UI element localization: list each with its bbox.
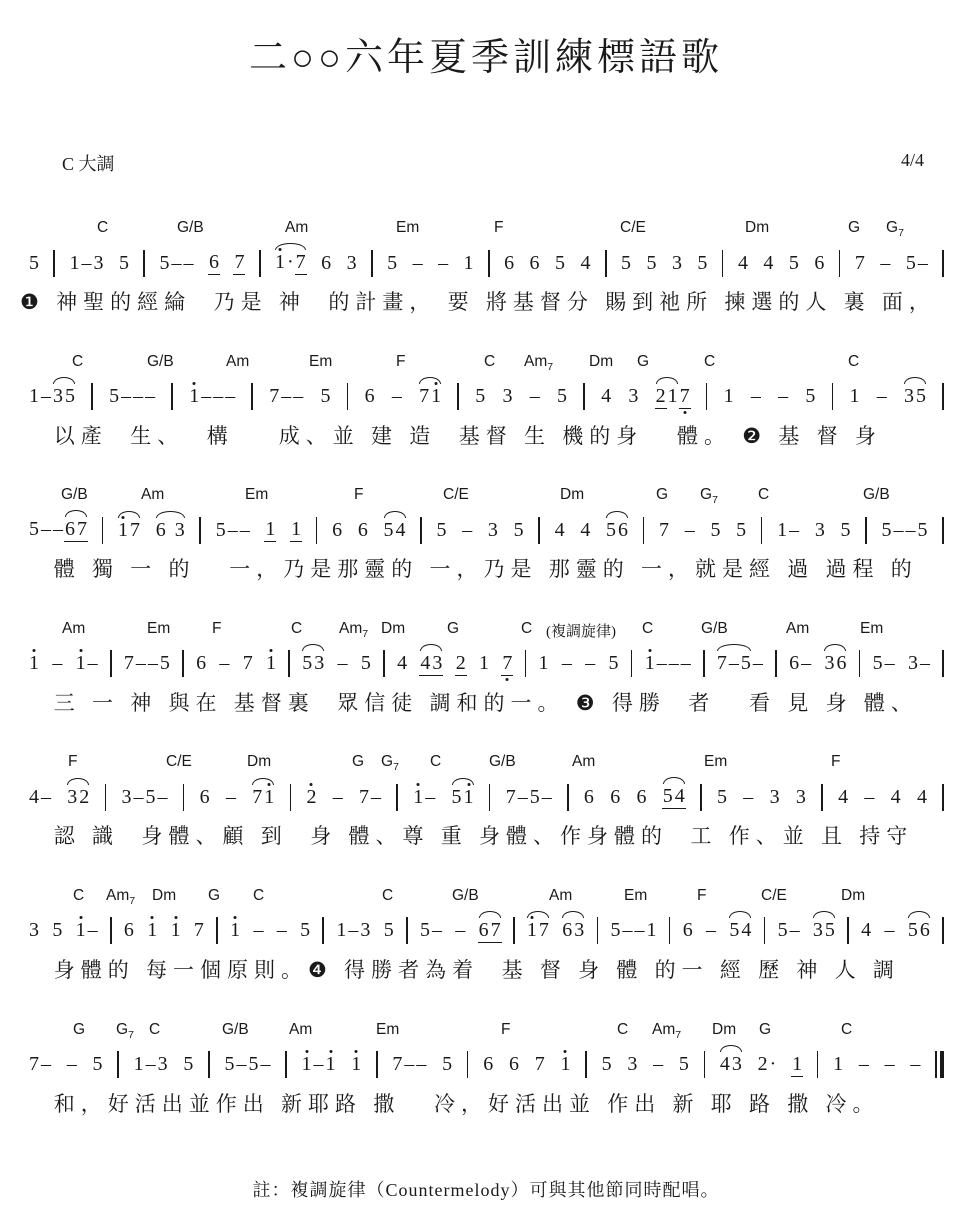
note-glyph: – — [905, 520, 917, 540]
notation-cell: 3 — [814, 519, 826, 542]
note-glyph: – — [684, 520, 696, 540]
notation-cell: – — [252, 919, 264, 942]
chord-label: Am — [289, 1021, 312, 1039]
lyric-line: ❶ 神聖的經綸 乃是 神 的計畫， 要 將基督分 賜到祂所 揀選的人 裏 面， — [0, 286, 972, 316]
notation-cell: 6 — [482, 1053, 494, 1076]
note-glyph: 4 — [762, 253, 774, 273]
slur-arc: 17 — [526, 919, 550, 942]
note-glyph: 5 — [28, 253, 40, 273]
note-glyph: 3 — [359, 920, 371, 940]
note-glyph: – — [884, 653, 896, 673]
note-glyph: 1 — [538, 653, 550, 673]
note-glyph: 6 — [364, 386, 376, 406]
note-glyph: 1 — [229, 920, 241, 940]
notation-cell: 1–35 — [28, 385, 76, 408]
note-glyph: – — [884, 920, 896, 940]
notation-cell: 3– — [907, 652, 931, 675]
notation-row: 1–355–––1–––7––56–7153–5432171––51–35 — [0, 375, 972, 419]
slur-arc: 67 — [64, 518, 88, 542]
octave-dot-above — [268, 783, 271, 786]
note-glyph: 7 — [534, 1054, 546, 1074]
barline — [457, 383, 459, 410]
chord-label: F — [68, 753, 77, 771]
notation-cell: 43 — [719, 1053, 743, 1076]
chord-label: C — [97, 219, 108, 237]
notation-cell: – — [863, 786, 875, 809]
notation-cell: – — [884, 919, 896, 942]
notation-cell: 35 — [903, 385, 927, 408]
lyric-line: 和，好活出並作出 新耶路 撒 冷，好活出並 作出 新 耶 路 撒 冷。 — [0, 1088, 972, 1118]
notation-cell: 5 — [441, 1053, 453, 1076]
barline — [775, 650, 777, 677]
barline — [322, 917, 324, 944]
barline — [488, 250, 490, 277]
notation-cell: 6 — [609, 786, 621, 809]
notation-cell: 1 — [723, 385, 735, 408]
note-glyph: 7 — [193, 920, 205, 940]
note-glyph: 6 — [155, 520, 167, 540]
notation-cell: 5––– — [108, 385, 156, 408]
chord-row: GG7CG/BAmEmFCAm7DmGC — [0, 1021, 972, 1043]
barline — [489, 784, 491, 811]
notation-cell: 3 — [671, 252, 683, 275]
note-glyph: 5 — [299, 920, 311, 940]
note-glyph: 5 — [28, 519, 40, 539]
note-glyph: 3 — [626, 1054, 638, 1074]
barline — [761, 517, 763, 544]
note-glyph: 5 — [247, 1054, 259, 1074]
note-glyph: – — [132, 787, 144, 807]
slur-arc: 32 — [66, 786, 90, 809]
barline — [525, 650, 527, 677]
time-signature: 4/4 — [901, 150, 924, 171]
note-glyph: 1 — [75, 653, 87, 673]
barline — [942, 650, 944, 677]
chord-row: AmEmFCAm7DmGC(複調旋律)CG/BAmEm — [0, 620, 972, 642]
slur-arc: 54 — [728, 919, 752, 942]
note-glyph: 3 — [174, 520, 186, 540]
note-glyph: – — [280, 386, 292, 406]
note-glyph: – — [884, 1054, 896, 1074]
chord-label: G/B — [177, 219, 204, 237]
music-system: G/BAmEmFC/EDmGG7CG/B5––6717635––1166545–… — [0, 486, 972, 620]
slur-arc: 71 — [251, 786, 275, 809]
note-glyph: 1 — [723, 386, 735, 406]
note-glyph: 4 — [396, 653, 408, 673]
note-glyph: 5 — [144, 787, 156, 807]
note-glyph: 3 — [903, 386, 915, 406]
notation-cell: 1–3 — [69, 252, 105, 275]
notation-cell: – — [909, 1053, 921, 1076]
notation-cell: 35 — [812, 919, 836, 942]
notation-cell: 1 — [350, 1053, 362, 1076]
notation-cell: 7 — [233, 251, 245, 275]
slur-arc: 35 — [903, 385, 927, 408]
note-glyph: 5 — [474, 386, 486, 406]
chord-label: Am7 — [652, 1021, 681, 1041]
lyric-line: 認 識 身體、顧 到 身 體、尊 重 身體、作身體的 工 作、並 且 持守 — [0, 820, 972, 850]
barline — [643, 517, 645, 544]
note-glyph: 1 — [265, 653, 277, 673]
chord-label: Dm — [712, 1021, 736, 1039]
barline — [251, 383, 253, 410]
note-glyph: – — [51, 653, 63, 673]
note-glyph: 3 — [812, 920, 824, 940]
notation-cell: 17 — [117, 519, 141, 542]
notation-cell: 63 — [155, 519, 186, 542]
barline — [143, 250, 145, 277]
slur-arc: 56 — [907, 919, 931, 942]
note-glyph: 4 — [837, 787, 849, 807]
slur-arc: 54 — [662, 785, 686, 809]
note-glyph: 7 — [233, 252, 245, 275]
barline — [764, 917, 766, 944]
notation-cell: 71 — [418, 385, 442, 408]
note-glyph: 5 — [607, 653, 619, 673]
note-glyph: – — [893, 520, 905, 540]
chord-label: Dm — [589, 353, 613, 371]
note-glyph: 3 — [573, 920, 585, 940]
note-glyph: 5 — [735, 520, 747, 540]
barline — [182, 650, 184, 677]
barline — [371, 250, 373, 277]
barline — [631, 650, 633, 677]
note-glyph: 5 — [716, 787, 728, 807]
music-system: FC/EDmGG7CG/BAmEmF4–323–5–6–712–7–1–517–… — [0, 753, 972, 887]
note-glyph: – — [40, 386, 52, 406]
notation-cell: 1–1 — [301, 1053, 337, 1076]
notation-cell: 5 — [299, 919, 311, 942]
notation-cell: 5 — [645, 252, 657, 275]
chord-label: Em — [245, 486, 268, 504]
note-glyph: 5 — [386, 253, 398, 273]
notation-cell: – — [437, 252, 449, 275]
note-glyph: – — [668, 653, 680, 673]
note-glyph: 2 — [305, 787, 317, 807]
notation-cell: 5–5– — [223, 1053, 271, 1076]
chord-label: C/E — [620, 219, 646, 237]
note-glyph: 1 — [28, 653, 40, 673]
notation-cell: 7 — [534, 1053, 546, 1076]
chord-label: G7 — [381, 753, 399, 773]
note-glyph: – — [705, 920, 717, 940]
notation-cell: 5––1 — [609, 919, 657, 942]
note-glyph: 1 — [188, 386, 200, 406]
slur-arc: 67 — [478, 919, 502, 943]
notation-cell: 5 — [716, 786, 728, 809]
chord-label: G — [447, 620, 459, 638]
final-barline — [935, 1051, 944, 1078]
note-glyph: 1 — [28, 386, 40, 406]
notation-cell: 51 — [451, 786, 475, 809]
note-glyph: 3 — [671, 253, 683, 273]
note-glyph: 3 — [501, 386, 513, 406]
slur-arc: 1·7 — [274, 251, 307, 275]
notation-cell: 6 — [503, 252, 515, 275]
note-glyph: – — [370, 787, 382, 807]
note-glyph: – — [200, 386, 212, 406]
octave-dot-above — [174, 916, 177, 919]
note-glyph: 6 — [357, 520, 369, 540]
notation-cell: 7 — [242, 652, 254, 675]
notation-cell: 4 — [579, 519, 591, 542]
notation-cell: 56 — [907, 919, 931, 942]
note-glyph: 5 — [907, 920, 919, 940]
barline — [700, 784, 702, 811]
note-glyph: 1 — [301, 1054, 313, 1074]
notation-cell: 1– — [412, 786, 436, 809]
notation-cell: 5 — [383, 919, 395, 942]
lyric-line: 以產 生、 構 成、並 建 造 基督 生 機的身 體。 ❷ 基 督 身 — [0, 420, 972, 450]
notation-cell: 54 — [728, 919, 752, 942]
note-glyph: 3 — [120, 787, 132, 807]
note-glyph: 5 — [108, 386, 120, 406]
note-glyph: – — [183, 253, 195, 273]
note-glyph: 7 — [358, 787, 370, 807]
note-glyph: 4 — [600, 386, 612, 406]
chord-label: C — [382, 887, 393, 905]
note-glyph: 1 — [478, 653, 490, 673]
barline — [942, 250, 944, 277]
notation-cell: 7 — [501, 652, 513, 676]
octave-dot-above — [270, 649, 273, 652]
note-glyph: 3 — [431, 653, 443, 676]
note-glyph: 7 — [391, 1054, 403, 1074]
notation-cell: – — [454, 919, 466, 942]
note-glyph: – — [332, 787, 344, 807]
chord-label: C — [73, 887, 84, 905]
slur-arc: 51 — [451, 786, 475, 809]
note-glyph: 5 — [383, 920, 395, 940]
notation-cell: 5 — [788, 252, 800, 275]
notation-cell: 5––67 — [28, 518, 88, 542]
note-glyph: 7 — [28, 1054, 40, 1074]
lyric-line: 三 一 神 與在 基督裏 眾信徒 調和的一。 ❸ 得勝 者 看 見 身 體、 — [0, 687, 972, 717]
note-glyph: – — [135, 653, 147, 673]
barline — [865, 517, 867, 544]
barline — [847, 917, 849, 944]
music-system: CAm7DmGCCG/BAmEmFC/EDm351–61171––51–355–… — [0, 887, 972, 1021]
notation-cell: 1 — [538, 652, 550, 675]
note-glyph: 1 — [644, 653, 656, 673]
chord-label: Dm — [381, 620, 405, 638]
note-glyph: – — [225, 787, 237, 807]
chord-label: F — [501, 1021, 510, 1039]
key-signature: C 大調 — [62, 150, 115, 176]
note-glyph: 5 — [320, 386, 332, 406]
notation-cell: 1–3 — [133, 1053, 169, 1076]
chord-label: Em — [309, 353, 332, 371]
note-glyph: 7 — [268, 386, 280, 406]
chord-label: G/B — [452, 887, 479, 905]
notation-cell: 5 — [386, 252, 398, 275]
notation-cell: 3 — [795, 786, 807, 809]
slur-arc: 71 — [418, 385, 442, 408]
notation-cell: 5– — [777, 919, 801, 942]
notation-cell: 7–5– — [505, 786, 553, 809]
note-glyph: 5 — [804, 386, 816, 406]
note-glyph: 1 — [325, 1054, 337, 1074]
note-glyph: 4 — [740, 920, 752, 940]
notation-cell: 5 — [182, 1053, 194, 1076]
chord-label: Em — [624, 887, 647, 905]
notation-cell: – — [884, 1053, 896, 1076]
notation-cell: 5 — [804, 385, 816, 408]
octave-dot-above — [355, 1050, 358, 1053]
note-glyph: 5 — [824, 920, 836, 940]
barline — [420, 517, 422, 544]
slur-arc: 56 — [605, 519, 629, 542]
note-glyph: 4 — [890, 787, 902, 807]
note-glyph: – — [40, 519, 52, 539]
chord-row: FC/EDmGG7CG/BAmEmF — [0, 753, 972, 775]
chord-label: Am — [226, 353, 249, 371]
chord-label: G/B — [61, 486, 88, 504]
note-glyph: – — [147, 653, 159, 673]
note-glyph: 5 — [620, 253, 632, 273]
barline — [817, 1051, 819, 1078]
chord-label: G/B — [147, 353, 174, 371]
notation-cell: – — [66, 1053, 78, 1076]
notation-cell: 53 — [301, 652, 325, 675]
barline — [722, 250, 724, 277]
barline — [832, 383, 834, 410]
notation-cell: 5– — [905, 252, 929, 275]
notation-cell: 1–3 — [335, 919, 371, 942]
note-glyph: 7 — [123, 653, 135, 673]
barline — [567, 784, 569, 811]
notation-cell: 3 — [487, 519, 499, 542]
chord-label: G — [73, 1021, 85, 1039]
note-glyph: 1 — [290, 519, 302, 542]
notation-cell: 3–5– — [120, 786, 168, 809]
note-glyph: 5 — [556, 386, 568, 406]
notation-cell: 6 — [813, 252, 825, 275]
chord-label: Dm — [841, 887, 865, 905]
notation-cell: 217 — [655, 385, 691, 409]
slur-arc: 7–5 — [716, 652, 752, 675]
chord-label: G/B — [222, 1021, 249, 1039]
note-glyph: 5 — [696, 253, 708, 273]
note-glyph: 6 — [508, 1054, 520, 1074]
note-glyph: – — [224, 386, 236, 406]
notation-cell: 4 — [554, 519, 566, 542]
note-glyph: 1 — [350, 1054, 362, 1074]
note-glyph: 6 — [788, 653, 800, 673]
notation-cell: 7– — [28, 1053, 52, 1076]
note-glyph: – — [584, 653, 596, 673]
note-glyph: – — [218, 653, 230, 673]
note-glyph: – — [656, 653, 668, 673]
notation-cell: 5–– — [215, 519, 251, 542]
slur-arc: 43 — [719, 1053, 743, 1076]
notation-cell: 1 — [229, 919, 241, 942]
note-glyph: 1 — [335, 920, 347, 940]
notation-cell: 6 — [195, 652, 207, 675]
octave-dot-above — [417, 783, 420, 786]
note-glyph: 3 — [487, 520, 499, 540]
note-glyph: 5 — [678, 1054, 690, 1074]
notation-cell: 2 — [305, 786, 317, 809]
note-glyph: 5 — [529, 787, 541, 807]
octave-dot-above — [305, 1050, 308, 1053]
notation-cell: 5––5 — [881, 519, 929, 542]
note-glyph: 6 — [123, 920, 135, 940]
notation-cell: 1 — [290, 518, 302, 542]
note-glyph: – — [66, 1054, 78, 1074]
note-glyph: 6 — [636, 787, 648, 807]
octave-dot-above — [122, 516, 125, 519]
note-glyph: – — [235, 1054, 247, 1074]
barline — [208, 1051, 210, 1078]
note-glyph: – — [87, 920, 99, 940]
note-glyph: – — [337, 653, 349, 673]
notation-cell: 1 — [849, 385, 861, 408]
chord-label: C — [704, 353, 715, 371]
notation-cell: – — [337, 652, 349, 675]
notation-cell: 5 — [696, 252, 708, 275]
notation-cell: 6 — [364, 385, 376, 408]
note-glyph: – — [917, 253, 929, 273]
note-glyph: 2 — [78, 787, 90, 807]
note-glyph: – — [40, 787, 52, 807]
notation-cell: 1––– — [644, 652, 692, 675]
chord-label: G — [352, 753, 364, 771]
note-glyph: 1 — [274, 252, 286, 272]
note-glyph: – — [876, 386, 888, 406]
notation-cell: 3 — [501, 385, 513, 408]
notation-cell: 1––– — [188, 385, 236, 408]
note-glyph: 1 — [645, 920, 657, 940]
chord-label: Am — [285, 219, 308, 237]
barline — [585, 1051, 587, 1078]
note-glyph: – — [529, 386, 541, 406]
slur-arc: 63 — [155, 519, 186, 542]
note-glyph: 5 — [728, 920, 740, 940]
note-glyph: – — [81, 253, 93, 273]
chord-label: G — [848, 219, 860, 237]
note-glyph: – — [461, 520, 473, 540]
note-glyph: 6 — [813, 253, 825, 273]
note-glyph: 4 — [860, 920, 872, 940]
note-glyph: 6 — [64, 519, 76, 542]
note-glyph: 5 — [215, 520, 227, 540]
barline — [467, 1051, 469, 1078]
note-glyph: 7 — [76, 519, 88, 542]
note-glyph: – — [424, 787, 436, 807]
note-glyph: 7 — [295, 252, 307, 275]
note-glyph: 7 — [129, 520, 141, 540]
barline — [290, 784, 292, 811]
note-glyph: 3 — [814, 520, 826, 540]
barline — [110, 650, 112, 677]
note-glyph: 3 — [769, 787, 781, 807]
note-glyph: 4 — [419, 653, 431, 676]
note-glyph: – — [171, 253, 183, 273]
note-glyph: · — [286, 252, 295, 272]
notation-cell: 6 — [682, 919, 694, 942]
notation-cell: – — [742, 786, 754, 809]
notation-cell: 6 — [331, 519, 343, 542]
notation-cell: 6 — [529, 252, 541, 275]
notation-cell: 4 — [579, 252, 591, 275]
note-glyph: 5 — [436, 520, 448, 540]
note-glyph: 5 — [159, 253, 171, 273]
note-glyph: 6 — [609, 787, 621, 807]
notation-cell: 1 — [170, 919, 182, 942]
notation-cell: 6 — [199, 786, 211, 809]
note-glyph: 5 — [441, 1054, 453, 1074]
